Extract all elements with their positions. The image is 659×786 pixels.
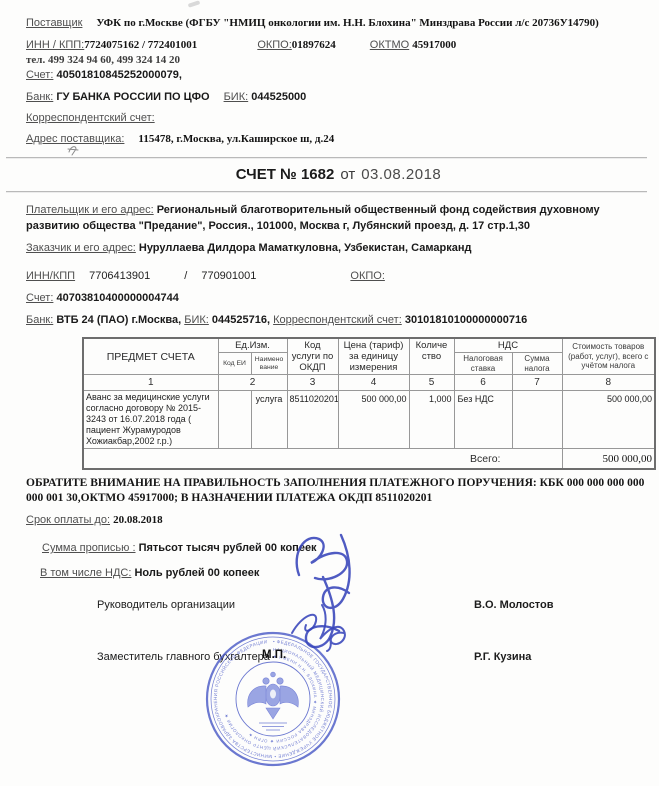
payer-line: Плательщик и его адрес: Региональный бла… [26,202,651,234]
accountant-name: Р.Г. Кузина [474,650,531,665]
col-subject: ПРЕДМЕТ СЧЕТА [83,338,218,375]
due-line: Срок оплаты до: 20.08.2018 [26,513,651,528]
supplier-bank-label: Банк: [26,91,53,103]
customer-inn-line: ИНН/КПП7706413901/770901001ОКПО: [26,269,651,284]
supplier-inn-kpp-value: 7724075162 / 772401001 [84,39,197,51]
item-price: 500 000,00 [338,391,409,449]
stamp-place-label: М.П. [262,649,286,661]
supplier-address-label: Адрес поставщика: [26,133,124,145]
stamp-eagle-emblem [248,672,299,730]
supplier-bik-value: 044525000 [251,91,306,103]
accountant-signature-line: Заместитель главного бухгалтера Р.Г. Куз… [97,650,651,665]
customer-inn-kpp-label: ИНН/КПП [26,270,75,282]
accountant-title: Заместитель главного бухгалтера [97,651,270,663]
col-qty: Количе ство [409,338,454,375]
customer-value: Нуруллаева Дилдора Маматкуловна, Узбекис… [139,242,472,254]
col-unit-name: Наимено вание [251,353,287,375]
col-num-7: 7 [512,375,562,391]
col-unit-code: Код ЕИ [218,353,251,375]
supplier-inn-kpp-label: ИНН / КПП: [26,39,84,51]
col-vat-sum: Сумма налога [512,353,562,375]
supplier-corr-label: Корреспондентский счет: [26,112,155,124]
stamp-ring3-text: ★ ИМЕНИ Н.Н. БЛОХИНА ★ МИНЗДРАВА РОССИИ … [247,654,318,744]
customer-bank-value: ВТБ 24 (ПАО) г.Москва, [56,314,181,326]
col-unit: Ед.Изм. [218,338,287,353]
customer-account-label: Счет: [26,292,53,304]
payer-label: Плательщик и его адрес: [26,204,154,216]
customer-bik-label: БИК: [184,314,209,326]
total-label: Всего: [409,449,562,470]
supplier-okpo-value: 01897624 [292,39,336,51]
supplier-account-line: Счет: 40501810845252000079, [26,68,651,83]
customer-kpp-value: 770901001 [201,270,256,282]
head-title: Руководитель организации [97,599,235,611]
supplier-address-value: 115478, г.Москва, ул.Каширское ш, д.24 [138,133,334,145]
item-vat-sum [512,391,562,449]
head-name: В.О. Молостов [474,598,554,613]
supplier-line: ПоставщикУФК по г.Москве (ФГБУ "НМИЦ онк… [26,16,651,31]
col-vat-rate: Налоговая ставка [454,353,512,375]
customer-inn-slash: / [184,270,187,282]
invoice-page: ПоставщикУФК по г.Москве (ФГБУ "НМИЦ онк… [0,0,659,786]
supplier-label: Поставщик [26,17,82,29]
vat-words-line: В том числе НДС: Ноль рублей 00 копеек [40,566,651,581]
invoice-table: ПРЕДМЕТ СЧЕТА Ед.Изм. Код услуги по ОКДП… [82,337,656,470]
invoice-number: СЧЕТ № 1682 [236,166,335,183]
svg-text:★ ИМЕНИ Н.Н. БЛОХИНА ★ МИНЗДРА: ★ ИМЕНИ Н.Н. БЛОХИНА ★ МИНЗДРАВА РОССИИ … [247,654,318,744]
item-unit-code [218,391,251,449]
customer-label: Заказчик и его адрес: [26,242,136,254]
customer-corr-value: 30101810100000000716 [405,314,527,326]
col-num-4: 4 [338,375,409,391]
customer-inn-value: 7706413901 [89,270,150,282]
divider-top [6,157,647,158]
item-service-code: 8511020201 [287,391,338,449]
col-num-1: 1 [83,375,218,391]
col-vat: НДС [454,338,562,353]
supplier-name: УФК по г.Москве (ФГБУ "НМИЦ онкологии им… [96,17,598,29]
supplier-bank-line: Банк: ГУ БАНКА РОССИИ ПО ЦФОБИК: 0445250… [26,90,651,105]
item-desc: Аванс за медицинские услуги согласно дог… [83,391,218,449]
supplier-corr-line: Корреспондентский счет: [26,111,651,126]
due-value: 20.08.2018 [113,514,163,526]
item-unit-name: услуга [251,391,287,449]
customer-bank-line: Банк: ВТБ 24 (ПАО) г.Москва, БИК: 044525… [26,313,651,328]
supplier-bank-value: ГУ БАНКА РОССИИ ПО ЦФО [56,91,209,103]
invoice-date: 03.08.2018 [361,166,441,183]
col-cost: Стоимость товаров (работ, услуг), всего … [562,338,655,375]
vat-words-label: В том числе НДС: [40,567,131,579]
due-label: Срок оплаты до: [26,514,110,526]
customer-corr-label: Корреспондентский счет: [273,314,402,326]
col-num-5: 5 [409,375,454,391]
supplier-oktmo-value: 45917000 [412,39,456,51]
col-num-3: 3 [287,375,338,391]
invoice-title: СЧЕТ № 1682от03.08.2018 [26,165,651,185]
customer-okpo-label: ОКПО: [350,270,384,282]
col-price: Цена (тариф) за единицу измерения [338,338,409,375]
supplier-oktmo-label: ОКТМО [370,39,409,51]
supplier-bik-label: БИК: [224,91,249,103]
col-num-2: 2 [218,375,287,391]
customer-bik-value: 044525716, [212,314,270,326]
vat-words-value: Ноль рублей 00 копеек [134,567,259,579]
supplier-phone: тел. 499 324 94 60, 499 324 14 20 [26,53,651,68]
customer-bank-label: Банк: [26,314,53,326]
amount-words-line: Сумма прописью : Пятьсот тысяч рублей 00… [42,541,651,556]
item-qty: 1,000 [409,391,454,449]
head-signature-line: Руководитель организации В.О. Молостов [97,598,651,613]
customer-account-value: 40703810400000004744 [56,292,178,304]
supplier-account-label: Счет: [26,69,53,81]
supplier-address-line: Адрес поставщика:115478, г.Москва, ул.Ка… [26,132,651,147]
supplier-okpo-label: ОКПО: [257,39,291,51]
amount-words-value: Пятьсот тысяч рублей 00 копеек [139,542,317,554]
pen-mark [66,143,80,157]
customer-line: Заказчик и его адрес: Нуруллаева Дилдора… [26,241,651,256]
divider-bottom [6,191,647,192]
supplier-inn-line: ИНН / КПП:7724075162 / 772401001ОКПО:018… [26,38,651,53]
col-num-8: 8 [562,375,655,391]
payment-notice: ОБРАТИТЕ ВНИМАНИЕ НА ПРАВИЛЬНОСТЬ ЗАПОЛН… [26,476,654,506]
column-numbers-row: 1 2 3 4 5 6 7 8 [83,375,655,391]
supplier-account-value: 40501810845252000079, [56,69,181,81]
invoice-ot: от [340,166,355,183]
col-num-6: 6 [454,375,512,391]
item-cost: 500 000,00 [562,391,655,449]
col-service-code: Код услуги по ОКДП [287,338,338,375]
total-row: Всего: 500 000,00 [83,449,655,470]
amount-words-label: Сумма прописью : [42,542,136,554]
total-value: 500 000,00 [562,449,655,470]
customer-account-line: Счет: 40703810400000004744 [26,291,651,306]
scan-smudge [188,0,201,8]
item-row: Аванс за медицинские услуги согласно дог… [83,391,655,449]
item-vat-rate: Без НДС [454,391,512,449]
